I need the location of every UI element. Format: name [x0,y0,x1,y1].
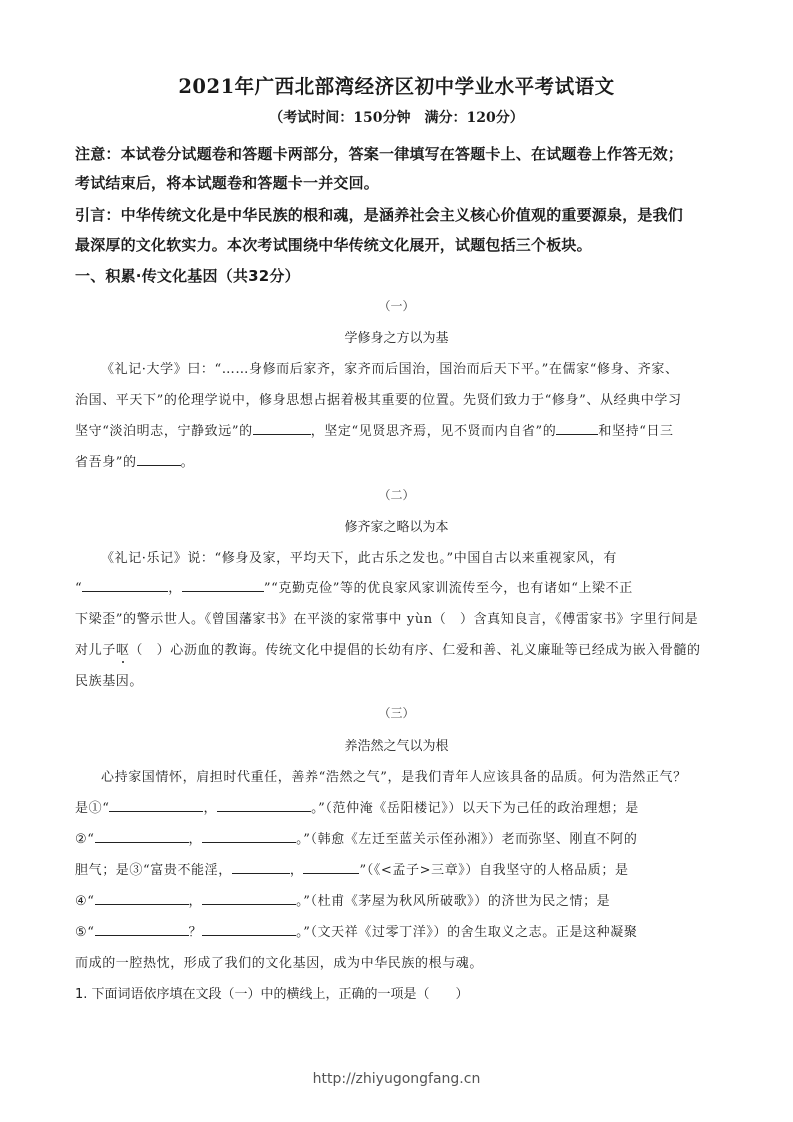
fill-blank [202,890,296,905]
footer-watermark: http://zhiyugongfang.cn [0,1071,793,1087]
passage-line: 下梁歪”的警示世人。《曾国藩家书》在平淡的家常事中 yùn（ ）含真知良言，《傅… [75,608,698,627]
fill-blank [82,577,168,592]
passage-line: 对儿子呕（ ）心沥血的教诲。传统文化中提倡的长幼有序、仁爱和善、礼义廉耻等已经成… [75,639,701,658]
text-segment: ， [189,832,203,847]
fill-blank [137,451,181,466]
exam-page: 2021年广西北部湾经济区初中学业水平考试语文 （考试时间：150分钟 满分：1… [0,0,793,1122]
text-segment: 。”（范仲淹《岳阳楼记》）以天下为己任的政治理想；是 [311,801,639,816]
fill-blank [95,828,189,843]
text-segment: 胆气；是③“富贵不能淫， [75,863,232,878]
passage-line: 是①“，。”（范仲淹《岳阳楼记》）以天下为己任的政治理想；是 [75,797,639,816]
notice-line-2: 考试结束后，将本试题卷和答题卡一并交回。 [75,172,379,193]
section-title: 修齐家之略以为本 [0,516,793,535]
text-segment: ， [290,863,304,878]
text-segment: 对儿子 [75,643,116,658]
text-segment: ”“克勤克俭”等的优良家风家训流传至今，也有诸如“上梁不正 [264,581,633,596]
passage-line: ⑤“？。”（文天祥《过零丁洋》）的舍生取义之志。正是这种凝聚 [75,921,637,940]
passage-line: 《礼记·大学》曰：“……身修而后家齐，家齐而后国治，国治而后天下平。”在儒家“修… [101,358,679,377]
text-segment: 省吾身”的 [75,455,137,470]
passage-line: 心持家国情怀，肩担时代重任，善养“浩然之气”，是我们青年人应该具备的品质。何为浩… [101,766,687,785]
fill-blank [556,420,598,435]
exam-info: （考试时间：150分钟 满分：120分） [0,107,793,127]
text-segment: （ ）心沥血的教诲。传统文化中提倡的长幼有序、仁爱和善、礼义廉耻等已经成为嵌入骨… [129,643,700,658]
fill-blank [109,797,203,812]
text-segment: ⑤“ [75,925,95,940]
question-1: 1. 下面词语依序填在文段（一）中的横线上，正确的一项是（ ） [75,983,469,1002]
passage-line: ④“，。”（杜甫《茅屋为秋风所破歌》）的济世为民之情；是 [75,890,610,909]
question-number: 1. [75,987,87,1002]
fill-blank [217,797,311,812]
section-title: 学修身之方以为基 [0,327,793,346]
text-segment: ， [168,581,182,596]
page-title: 2021年广西北部湾经济区初中学业水平考试语文 [0,71,793,99]
text-segment: 。”（韩愈《左迁至蓝关示侄孙湘》）老而弥坚、刚直不阿的 [296,832,637,847]
section-number: （一） [0,297,793,314]
text-segment: 坚守“淡泊明志，宁静致远”的 [75,424,253,439]
passage-line: ②“，。”（韩愈《左迁至蓝关示侄孙湘》）老而弥坚、刚直不阿的 [75,828,637,847]
text-segment: 是①“ [75,801,109,816]
text-segment: ，坚定“见贤思齐焉，见不贤而内自省”的 [311,424,557,439]
text-segment: 。”（文天祥《过零丁洋》）的舍生取义之志。正是这种凝聚 [296,925,637,940]
part-heading: 一、积累·传文化基因（共32分） [75,265,300,286]
passage-line: “，”“克勤克俭”等的优良家风家训流传至今，也有诸如“上梁不正 [75,577,633,596]
question-text: 下面词语依序填在文段（一）中的横线上，正确的一项是（ ） [92,987,469,1002]
text-segment: ？ [189,925,203,940]
fill-blank [182,577,264,592]
passage-line: 治国、平天下”的伦理学说中，修身思想占据着极其重要的位置。先贤们致力于“修身”、… [75,389,682,408]
fill-blank [202,921,296,936]
passage-line: 而成的一腔热忱，形成了我们的文化基因，成为中华民族的根与魂。 [75,952,483,971]
text-segment: ， [189,894,203,909]
fill-blank [95,890,189,905]
passage-line: 胆气；是③“富贵不能淫，，”（《<孟子>三章》）自我坚守的人格品质；是 [75,859,629,878]
text-segment: “ [75,581,82,596]
fill-blank [202,828,296,843]
passage-line: 民族基因。 [75,670,143,689]
passage-line: 坚守“淡泊明志，宁静致远”的，坚定“见贤思齐焉，见不贤而内自省”的和坚持“日三 [75,420,674,439]
text-segment: ②“ [75,832,95,847]
text-segment: 。”（杜甫《茅屋为秋风所破歌》）的济世为民之情；是 [296,894,610,909]
text-segment: ④“ [75,894,95,909]
emphasized-char: 呕 [116,643,130,658]
intro-line-1: 引言：中华传统文化是中华民族的根和魂，是涵养社会主义核心价值观的重要源泉，是我们 [75,204,683,225]
fill-blank [95,921,189,936]
text-segment: ”（《<孟子>三章》）自我坚守的人格品质；是 [359,863,628,878]
section-title: 养浩然之气以为根 [0,735,793,754]
passage-line: 《礼记·乐记》说：“修身及家，平均天下，此古乐之发也。”中国自古以来重视家风，有 [101,547,617,566]
text-segment: 。 [181,455,195,470]
passage-line: 省吾身”的。 [75,451,194,470]
section-number: （三） [0,704,793,721]
intro-line-2: 最深厚的文化软实力。本次考试围绕中华传统文化展开，试题包括三个板块。 [75,234,592,255]
notice-line-1: 注意：本试卷分试题卷和答题卡两部分，答案一律填写在答题卡上、在试题卷上作答无效； [75,143,683,164]
section-number: （二） [0,486,793,503]
text-segment: 和坚持“日三 [598,424,673,439]
text-segment: ， [203,801,217,816]
fill-blank [253,420,311,435]
fill-blank [232,859,290,874]
fill-blank [303,859,359,874]
